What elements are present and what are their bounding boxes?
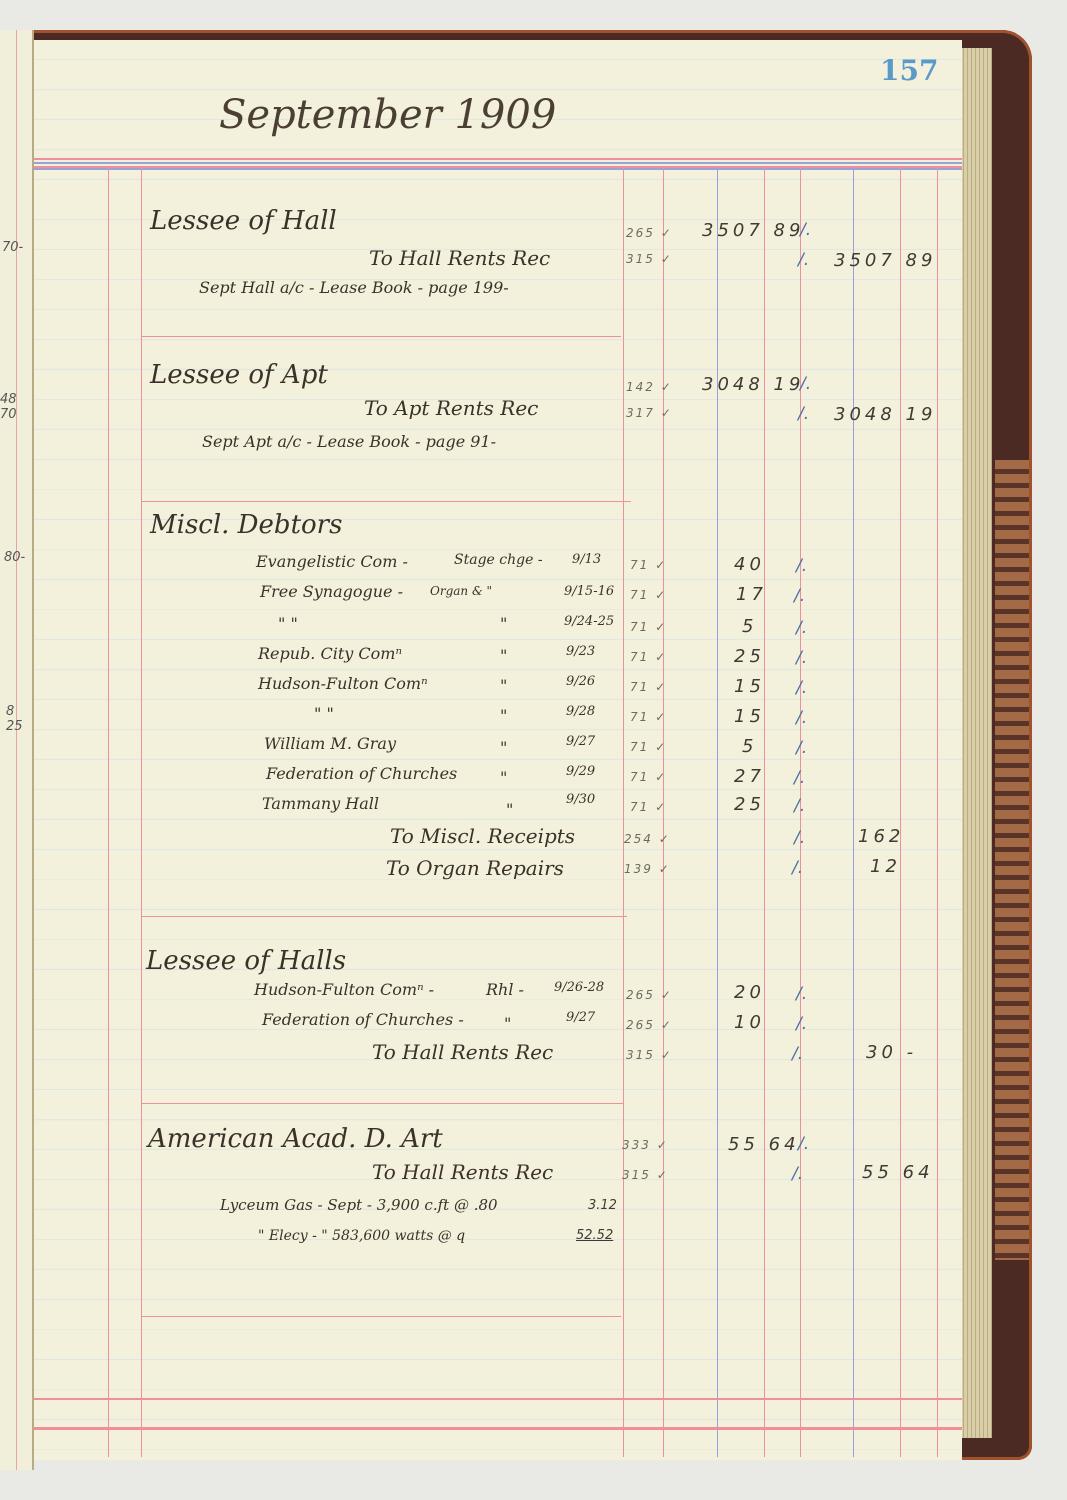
section-separator <box>141 1316 621 1317</box>
date-column-rule <box>108 167 109 1457</box>
debit-amount: 3048 19 <box>702 374 804 395</box>
credit-end-rule <box>900 167 901 1457</box>
left-margin-amount: 8 25 <box>6 704 32 734</box>
entry-heading: Lessee of Halls <box>146 946 346 976</box>
page-title: September 1909 <box>219 92 556 138</box>
left-page-edge: 70- 48 70 80- 8 25 <box>0 30 34 1470</box>
header-rule <box>34 158 962 170</box>
debit-amount: 3507 89 <box>702 220 804 241</box>
page-number: 157 <box>880 54 938 87</box>
credit-amount: 3507 89 <box>834 250 936 271</box>
entry-heading: Lessee of Apt <box>150 360 328 390</box>
posted-tick: /. <box>798 1134 809 1154</box>
ledger-page: September 1909 157 Lessee of Hall 265 ✓ … <box>34 40 962 1460</box>
entry-note: Sept Hall a/c - Lease Book - page 199- <box>199 278 509 297</box>
section-separator <box>141 916 627 917</box>
folio: 333 ✓ <box>622 1138 669 1152</box>
page-edges <box>960 48 992 1438</box>
posted-tick: /. <box>798 404 809 424</box>
entry-heading: Lessee of Hall <box>150 206 337 236</box>
folio: 315 ✓ <box>626 252 673 266</box>
right-margin-rule <box>937 167 938 1457</box>
entry-line: To Apt Rents Rec <box>364 396 538 420</box>
description-column-rule <box>141 167 142 1457</box>
posted-tick: /. <box>800 220 811 240</box>
credit-amount: 3048 19 <box>834 404 936 425</box>
posted-tick: /. <box>800 374 811 394</box>
debit-amount: 55 64 <box>728 1134 800 1155</box>
cover-spine-ridges <box>995 460 1029 1260</box>
section-separator <box>141 336 621 337</box>
posted-tick: /. <box>798 250 809 270</box>
debit-cents-rule <box>717 167 718 1457</box>
footer-double-rule <box>34 1427 962 1430</box>
entry-line: To Hall Rents Rec <box>369 246 550 270</box>
entry-heading: Miscl. Debtors <box>150 510 342 540</box>
credit-cents-rule <box>853 167 854 1457</box>
folio-column-rule <box>623 167 624 1457</box>
footer-rule <box>34 1398 962 1400</box>
folio: 265 ✓ <box>626 226 673 240</box>
entry-note: Sept Apt a/c - Lease Book - page 91- <box>202 432 496 451</box>
section-separator <box>141 501 631 502</box>
folio: 317 ✓ <box>626 406 673 420</box>
left-margin-amount: 70- <box>2 240 23 255</box>
folio: 142 ✓ <box>626 380 673 394</box>
left-margin-amount: 48 70 <box>0 392 32 422</box>
left-margin-amount: 80- <box>4 550 25 565</box>
entry-heading: American Acad. D. Art <box>148 1124 443 1154</box>
section-separator <box>141 1103 623 1104</box>
